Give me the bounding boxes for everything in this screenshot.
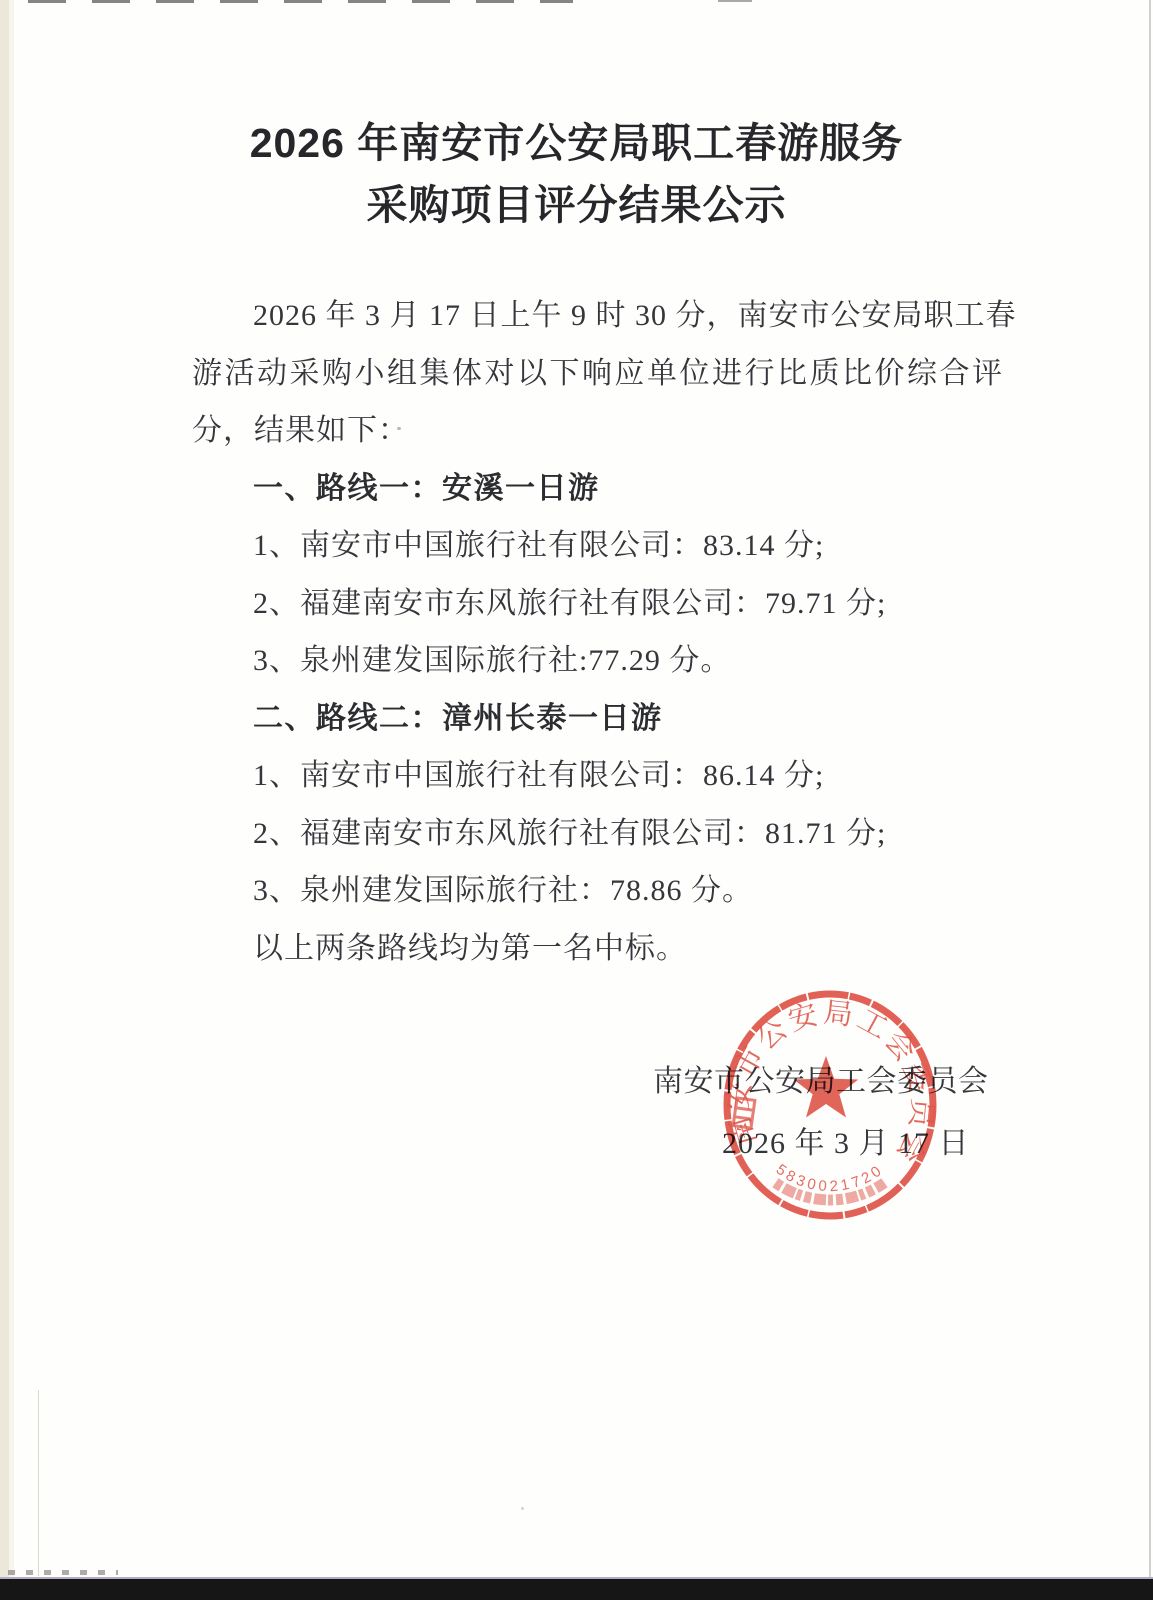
document-body: 2026 年 3 月 17 日上午 9 时 30 分，南安市公安局职工春 游活动… (192, 287, 978, 977)
scan-specks-bottom (8, 1570, 118, 1575)
section-2-item-3: 3、泉州建发国际旅行社：78.86 分。 (192, 862, 978, 920)
scan-edge-left-inner (9, 0, 14, 1600)
section-1-item-3: 3、泉州建发国际旅行社:77.29 分。 (192, 632, 978, 690)
title-line-2: 采购项目评分结果公示 (0, 180, 1153, 230)
scanned-document-page: 2026 年南安市公安局职工春游服务 采购项目评分结果公示 2026 年 3 月… (0, 0, 1153, 1600)
scan-fold-line (38, 1390, 39, 1576)
paragraph-line-2: 游活动采购小组集体对以下响应单位进行比质比价综合评 (192, 345, 978, 403)
scan-edge-left (0, 0, 9, 1600)
scan-edge-right (1149, 0, 1151, 1577)
section-2-heading: 二、路线二：漳州长泰一日游 (192, 690, 978, 748)
title-line-1: 2026 年南安市公安局职工春游服务 (0, 118, 1153, 168)
paragraph-line-3: 分，结果如下： (192, 402, 978, 460)
scan-speck (521, 1507, 524, 1510)
scan-bottom-bar (0, 1577, 1153, 1600)
closing-line: 以上两条路线均为第一名中标。 (192, 920, 978, 978)
document-title: 2026 年南安市公安局职工春游服务 采购项目评分结果公示 (0, 118, 1153, 230)
section-2-item-1: 1、南安市中国旅行社有限公司：86.14 分; (192, 747, 978, 805)
section-2-item-2: 2、福建南安市东风旅行社有限公司：81.71 分; (192, 805, 978, 863)
paragraph-line-1: 2026 年 3 月 17 日上午 9 时 30 分，南安市公安局职工春 (192, 287, 978, 345)
scan-edge-top (28, 0, 573, 3)
section-1-item-1: 1、南安市中国旅行社有限公司：83.14 分; (192, 517, 978, 575)
seal-star-icon (794, 1056, 859, 1118)
section-1-item-2: 2、福建南安市东风旅行社有限公司：79.71 分; (192, 575, 978, 633)
section-1-heading: 一、路线一：安溪一日游 (192, 460, 978, 518)
scan-edge-top-2 (718, 0, 752, 2)
official-seal-stamp: 南安市公安局工会委员会 5830021720 (710, 985, 950, 1225)
